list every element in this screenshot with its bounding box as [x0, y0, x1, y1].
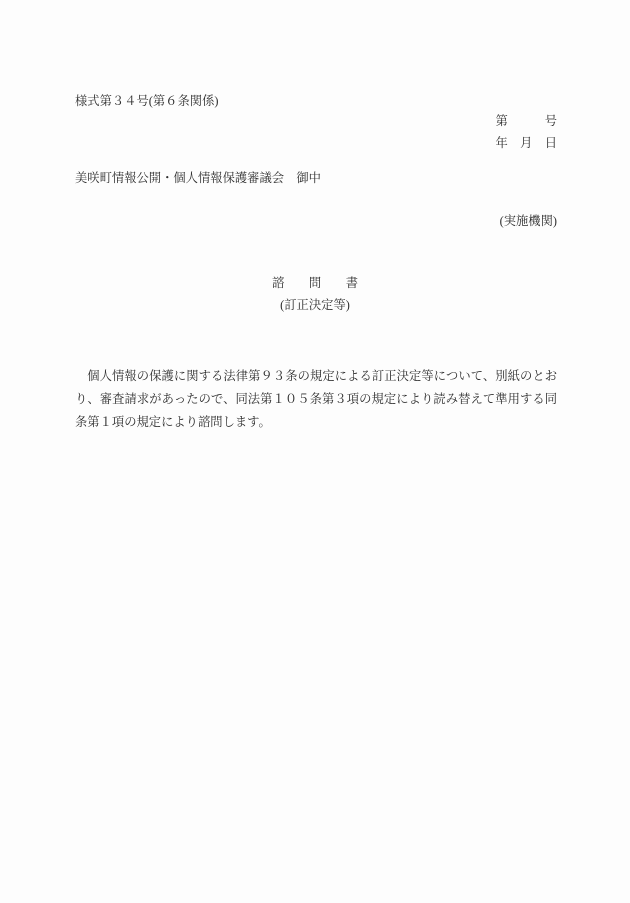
- issuer-line: (実施機関): [500, 210, 557, 233]
- document-subtitle: (訂正決定等): [0, 294, 630, 317]
- document-title: 諮 問 書: [0, 272, 630, 295]
- body-paragraph: 個人情報の保護に関する法律第９３条の規定による訂正決定等について、別紙のとおり、…: [75, 365, 557, 434]
- form-number: 様式第３４号(第６条関係): [75, 90, 218, 113]
- addressee-line: 美咲町情報公開・個人情報保護審議会 御中: [75, 167, 321, 190]
- doc-number-line: 第 号: [496, 110, 558, 133]
- date-line: 年 月 日: [496, 132, 558, 155]
- document-page: 様式第３４号(第６条関係) 第 号 年 月 日 美咲町情報公開・個人情報保護審議…: [0, 0, 630, 903]
